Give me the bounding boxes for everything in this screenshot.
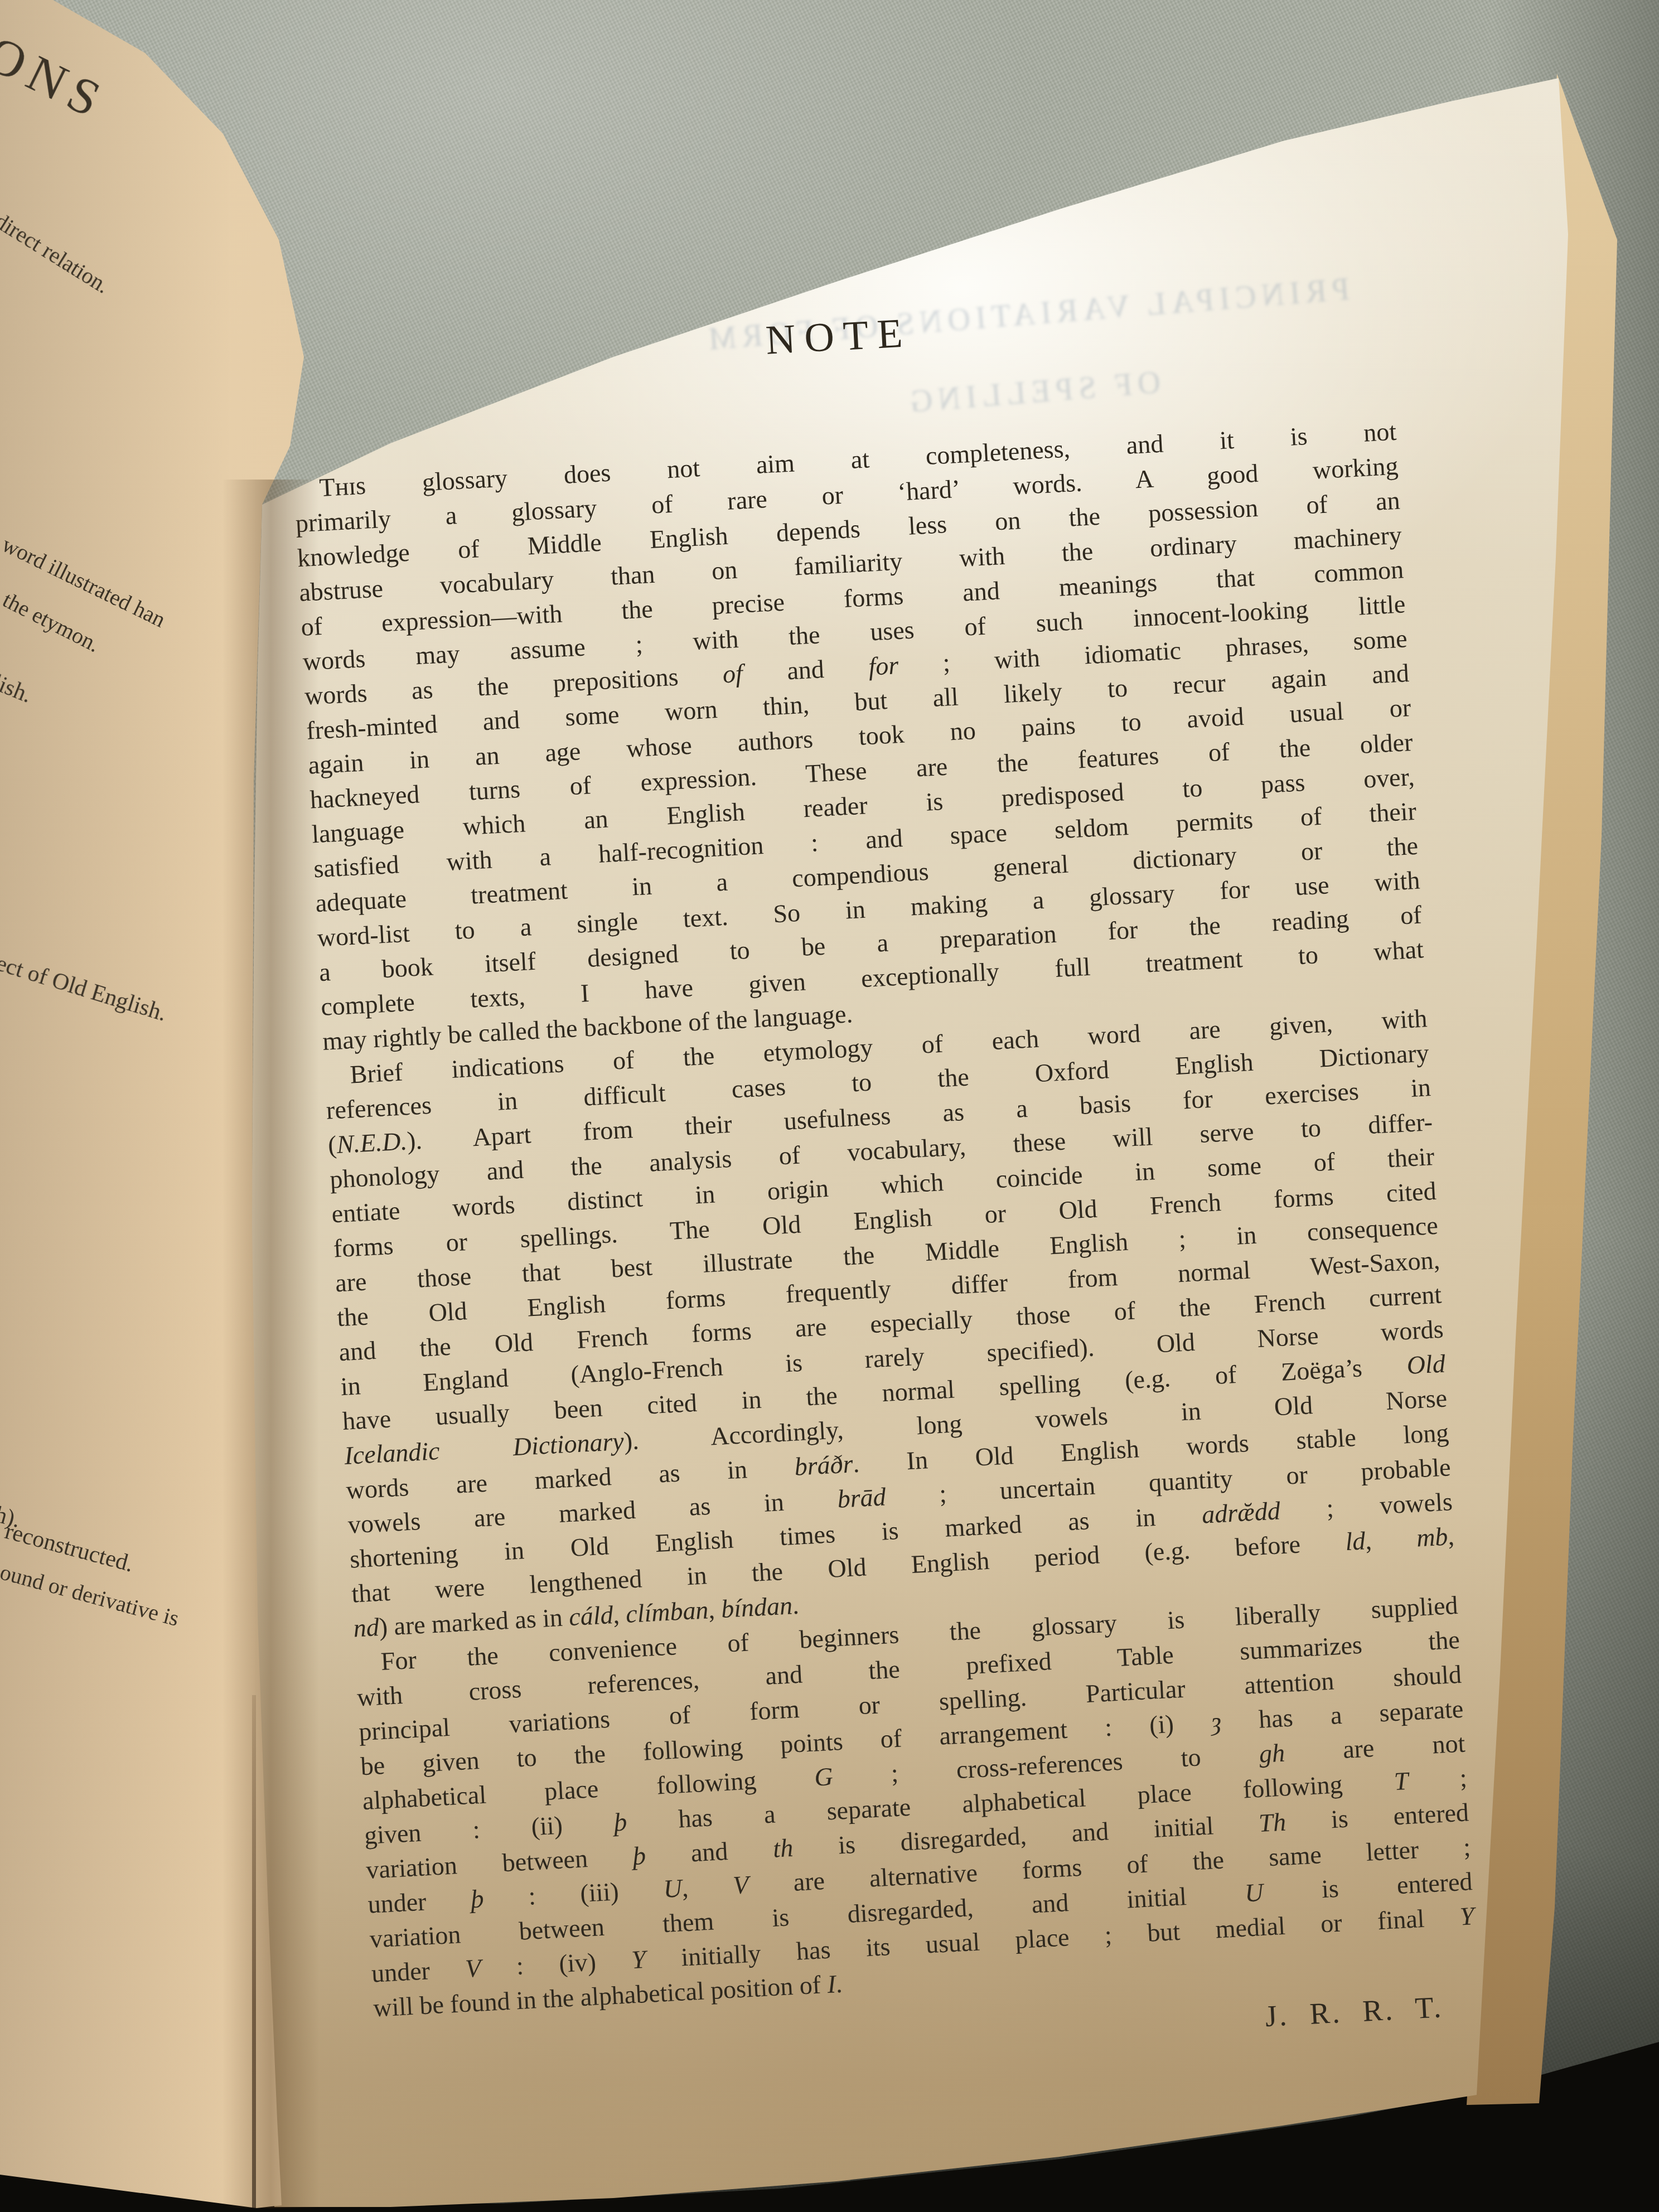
note-paragraphs: Tʜɪs glossary does not aim at completene… [293, 414, 1477, 2026]
facing-page-fragment: lish. [0, 669, 36, 709]
book-photo-scene: PRINCIPAL VARIATIONS OF FORM OF SPELLING… [0, 0, 1659, 2212]
gutter-shadow [223, 480, 329, 2208]
facing-page-fragment: lect of Old English. [0, 948, 170, 1027]
note-paragraph: Brief indications of the etymology of ea… [323, 1001, 1457, 1645]
facing-page-fragment: ONS [0, 23, 117, 132]
note-paragraph: For the convenience of beginners the glo… [354, 1588, 1477, 2026]
gutter-crease [252, 1695, 256, 2208]
note-paragraph: Tʜɪs glossary does not aim at completene… [293, 414, 1426, 1059]
facing-page-fragment: ndirect relation. [0, 202, 114, 299]
note-page-content: PRINCIPAL VARIATIONS OF FORM OF SPELLING… [286, 284, 1480, 2080]
